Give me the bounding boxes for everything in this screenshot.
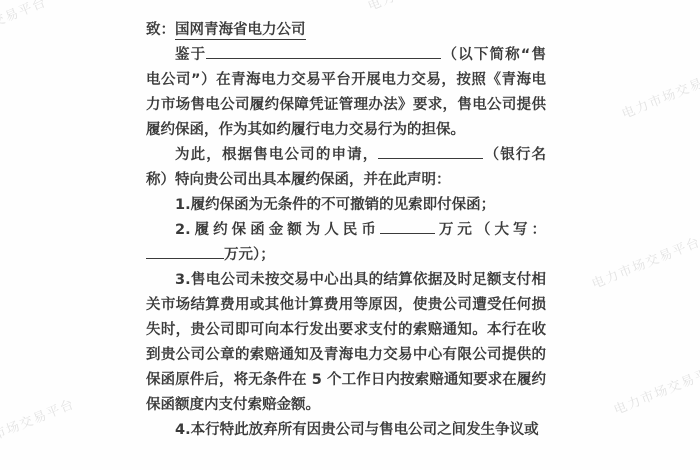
- paragraph-4: 2.履约保函金额为人民币万元（大写：万元）；: [146, 218, 546, 268]
- blank-field: [378, 145, 483, 159]
- paragraph-5: 3.售电公司未按交易中心出具的结算依据及时足额支付相关市场结算费用或其他计算费用…: [146, 268, 546, 418]
- watermark-text: 电力市场交易平台: [0, 393, 77, 454]
- underlined-text: 国网青海省电力公司: [175, 22, 306, 40]
- paragraph-6: 4.本行特此放弃所有因贵公司与售电公司之间发生争议或: [146, 418, 546, 443]
- watermark-text: 电力市场交易平台: [588, 231, 700, 292]
- text-segment: 4.本行特此放弃所有因贵公司与售电公司之间发生争议或: [175, 422, 539, 438]
- paragraph-3: 1.履约保函为无条件的不可撤销的见索即付保函；: [146, 193, 546, 218]
- watermark-text: 电力市场交易平台: [364, 0, 479, 14]
- watermark-text: 电力市场交易平台: [610, 357, 700, 418]
- text-segment: 鉴于: [175, 47, 206, 63]
- text-segment: 万元（大写：: [435, 222, 546, 238]
- text-segment: 为此，根据售电公司的申请，: [175, 147, 378, 163]
- guarantee-letter-body: 致：国网青海省电力公司鉴于（以下简称“售电公司”）在青海电力交易平台开展电力交易…: [146, 18, 546, 443]
- blank-field: [206, 45, 441, 59]
- text-segment: 万元）；: [224, 247, 275, 263]
- document-page: 电力市场交易平台电力市场交易平台电力市场交易平台电力市场交易平台电力市场交易平台…: [0, 0, 700, 470]
- paragraph-1: 鉴于（以下简称“售电公司”）在青海电力交易平台开展电力交易，按照《青海电力市场售…: [146, 43, 546, 143]
- watermark-text: 电力市场交易平台: [618, 61, 700, 122]
- text-segment: 致：: [146, 22, 175, 38]
- paragraph-0: 致：国网青海省电力公司: [146, 18, 546, 43]
- text-segment: 3.售电公司未按交易中心出具的结算依据及时足额支付相关市场结算费用或其他计算费用…: [146, 272, 546, 413]
- blank-field: [146, 245, 224, 259]
- blank-field: [380, 220, 435, 234]
- watermark-text: 电力市场交易平台: [0, 0, 49, 52]
- text-segment: 2.履约保函金额为人民币: [175, 222, 380, 238]
- text-segment: 1.履约保函为无条件的不可撤销的见索即付保函；: [175, 197, 495, 213]
- paragraph-2: 为此，根据售电公司的申请，（银行名称）特向贵公司出具本履约保函，并在此声明：: [146, 143, 546, 193]
